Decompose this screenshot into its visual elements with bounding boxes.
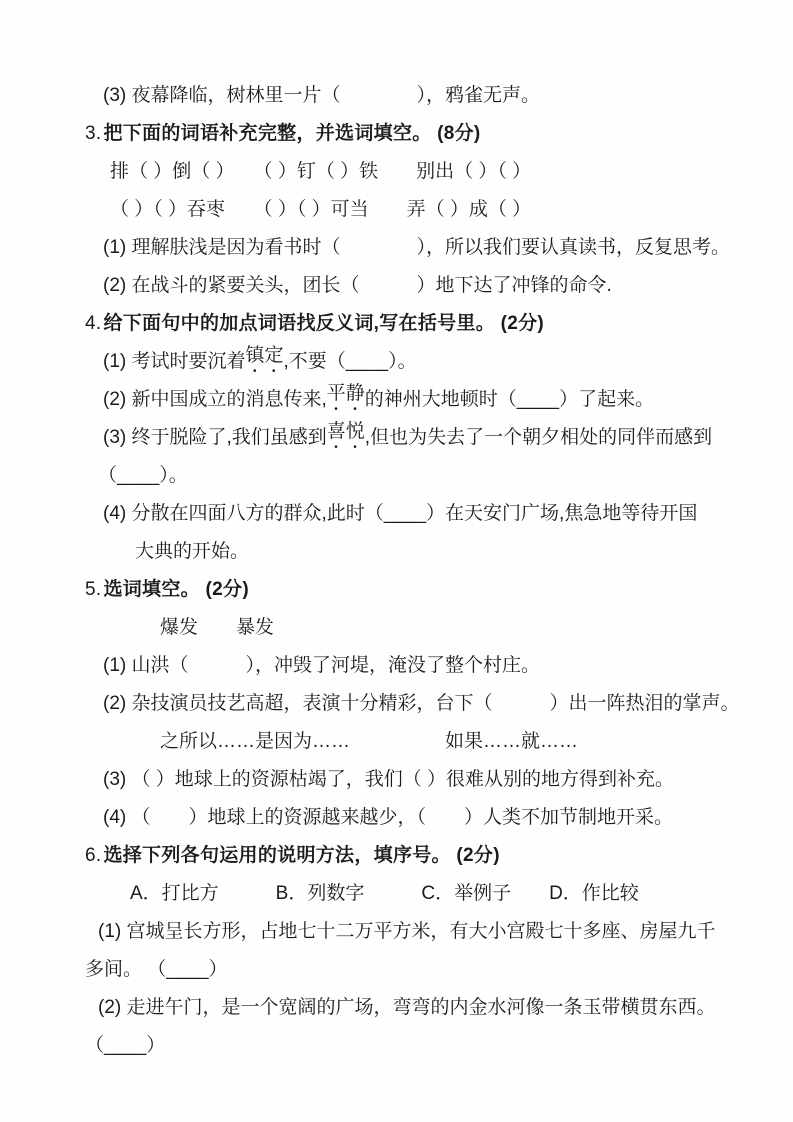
q5-heading: 5. 选词填空。 (2分) bbox=[85, 570, 743, 608]
q4-item-4: (4) 分散在四面八方的群众,此时（____）在天安门广场,焦急地等待开国 bbox=[103, 494, 743, 532]
question-number: 5. bbox=[85, 580, 101, 599]
q3-blank-row-1: 排（ ）倒（ ） （ ）钉（ ）铁 别出（ ）（ ） bbox=[110, 152, 743, 190]
line-text: 排（ ）倒（ ） （ ）钉（ ）铁 别出（ ）（ ） bbox=[110, 162, 531, 181]
line-text: (2) 在战斗的紧要关头，团长（ ）地下达了冲锋的命令. bbox=[103, 276, 612, 295]
q4-heading: 4. 给下面句中的加点词语找反义词,写在括号里。 (2分) bbox=[85, 304, 743, 342]
worksheet-sheet: (3) 夜幕降临，树林里一片（ ），鸦雀无声。 3. 把下面的词语补充完整，并选… bbox=[0, 0, 793, 1064]
heading-text: 把下面的词语补充完整，并选词填空。 (8分) bbox=[103, 124, 480, 143]
question-number: 3. bbox=[85, 124, 101, 143]
q5-conjunction-bank: 之所以……是因为…… 如果……就…… bbox=[160, 722, 743, 760]
q6-item-2: (2) 走进午门，是一个宽阔的广场，弯弯的内金水河像一条玉带横贯东西。 bbox=[98, 988, 743, 1026]
line-text: (4) （ ）地球上的资源越来越少，（ ）人类不加节制地开采。 bbox=[103, 808, 673, 827]
worksheet-page: (3) 夜幕降临，树林里一片（ ），鸦雀无声。 3. 把下面的词语补充完整，并选… bbox=[0, 0, 793, 1122]
emphasized-word: 镇定 bbox=[246, 345, 284, 377]
line-text: A．打比方 B．列数字 C．举例子 D．作比较 bbox=[130, 884, 639, 903]
line-text: ,但也为失去了一个朝夕相处的同伴而感到 bbox=[365, 428, 712, 447]
q4-item-3: (3) 终于脱险了,我们虽感到喜悦,但也为失去了一个朝夕相处的同伴而感到 bbox=[103, 418, 743, 456]
line-text: （____）。 bbox=[98, 466, 188, 485]
emphasized-word: 平静 bbox=[327, 383, 365, 415]
line-text: (3) 终于脱险了,我们虽感到 bbox=[103, 428, 327, 447]
q6-options: A．打比方 B．列数字 C．举例子 D．作比较 bbox=[130, 874, 743, 912]
q6-item-2-continuation: （____） bbox=[85, 1026, 743, 1064]
q5-item-2: (2) 杂技演员技艺高超，表演十分精彩，台下（ ）出一阵热泪的掌声。 bbox=[103, 684, 743, 722]
line-text: ,不要（____）。 bbox=[284, 352, 417, 371]
line-text: (2) 杂技演员技艺高超，表演十分精彩，台下（ ）出一阵热泪的掌声。 bbox=[103, 694, 740, 713]
q5-word-bank: 爆发 暴发 bbox=[160, 608, 743, 646]
q3-blank-row-2: （ ）（ ）吞枣 （ ）（ ）可当 弄（ ）成（ ） bbox=[110, 190, 743, 228]
q4-item-1: (1) 考试时要沉着镇定,不要（____）。 bbox=[103, 342, 743, 380]
line-text: (3) （ ）地球上的资源枯竭了，我们（ ）很难从别的地方得到补充。 bbox=[103, 770, 674, 789]
emphasized-word: 喜悦 bbox=[327, 421, 365, 453]
q4-item-2: (2) 新中国成立的消息传来,平静的神州大地顿时（____）了起来。 bbox=[103, 380, 743, 418]
q6-item-1: (1) 宫城呈长方形，占地七十二万平方米，有大小宫殿七十多座、房屋九千 bbox=[98, 912, 743, 950]
q3-heading: 3. 把下面的词语补充完整，并选词填空。 (8分) bbox=[85, 114, 743, 152]
heading-text: 给下面句中的加点词语找反义词,写在括号里。 (2分) bbox=[103, 314, 544, 333]
q3-item-1: (1) 理解肤浅是因为看书时（ ），所以我们要认真读书，反复思考。 bbox=[103, 228, 743, 266]
line-text: (2) 新中国成立的消息传来, bbox=[103, 390, 327, 409]
line-text: (1) 宫城呈长方形，占地七十二万平方米，有大小宫殿七十多座、房屋九千 bbox=[98, 922, 716, 941]
q3-item-2: (2) 在战斗的紧要关头，团长（ ）地下达了冲锋的命令. bbox=[103, 266, 743, 304]
line-text: (1) 理解肤浅是因为看书时（ ），所以我们要认真读书，反复思考。 bbox=[103, 238, 730, 257]
line-text: （____） bbox=[85, 1036, 165, 1055]
line-text: (4) 分散在四面八方的群众,此时（____）在天安门广场,焦急地等待开国 bbox=[103, 504, 697, 523]
question-number: 4. bbox=[85, 314, 101, 333]
q4-item-3-continuation: （____）。 bbox=[98, 456, 743, 494]
heading-text: 选词填空。 (2分) bbox=[103, 580, 249, 599]
line-text: 多间。 （____） bbox=[85, 960, 228, 979]
line-text: (3) 夜幕降临，树林里一片（ ），鸦雀无声。 bbox=[103, 86, 540, 105]
line-text: （ ）（ ）吞枣 （ ）（ ）可当 弄（ ）成（ ） bbox=[110, 200, 531, 219]
line-text: 之所以……是因为…… 如果……就…… bbox=[160, 732, 578, 751]
line-text: (1) 山洪（ ），冲毁了河堤，淹没了整个村庄。 bbox=[103, 656, 540, 675]
question-number: 6. bbox=[85, 846, 101, 865]
line-text: (1) 考试时要沉着 bbox=[103, 352, 246, 371]
q5-item-4: (4) （ ）地球上的资源越来越少，（ ）人类不加节制地开采。 bbox=[103, 798, 743, 836]
q5-item-1: (1) 山洪（ ），冲毁了河堤，淹没了整个村庄。 bbox=[103, 646, 743, 684]
q6-heading: 6. 选择下列各句运用的说明方法，填序号。 (2分) bbox=[85, 836, 743, 874]
q6-item-1-continuation: 多间。 （____） bbox=[85, 950, 743, 988]
heading-text: 选择下列各句运用的说明方法，填序号。 (2分) bbox=[103, 846, 499, 865]
line-text: (2) 走进午门，是一个宽阔的广场，弯弯的内金水河像一条玉带横贯东西。 bbox=[98, 998, 716, 1017]
line-text: 大典的开始。 bbox=[135, 542, 249, 561]
q4-item-4-continuation: 大典的开始。 bbox=[135, 532, 743, 570]
q2-item-3: (3) 夜幕降临，树林里一片（ ），鸦雀无声。 bbox=[103, 76, 743, 114]
q5-item-3: (3) （ ）地球上的资源枯竭了，我们（ ）很难从别的地方得到补充。 bbox=[103, 760, 743, 798]
line-text: 的神州大地顿时（____）了起来。 bbox=[365, 390, 654, 409]
line-text: 爆发 暴发 bbox=[160, 618, 274, 637]
